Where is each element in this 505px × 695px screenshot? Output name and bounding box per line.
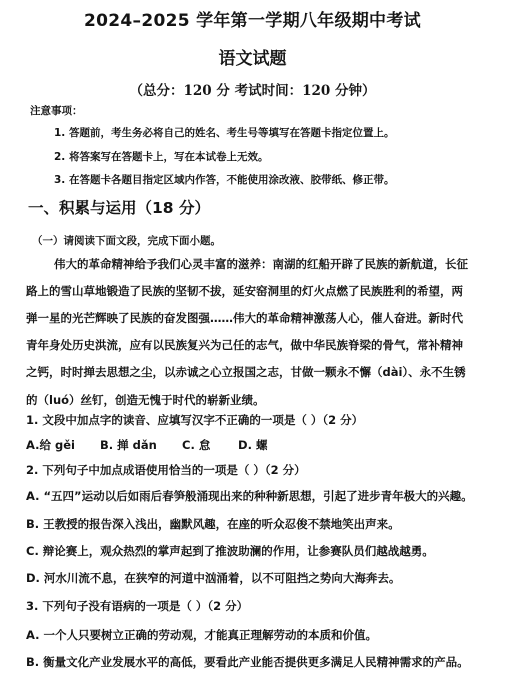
exam-subtitle: 语文试题 [0, 44, 505, 69]
option-c: C. 辩论赛上，观众热烈的掌声起到了推波助澜的作用，让参赛队员们越战越勇。 [26, 543, 434, 559]
passage-line: 青年身处历史洪流，应有以民族复兴为己任的志气，做中华民族脊梁的骨气，常补精神 [26, 337, 463, 353]
passage-line: 的（luó）丝钉，创造无愧于时代的崭新业绩。 [26, 392, 265, 408]
exam-meta: （总分：120 分 考试时间：120 分钟） [0, 79, 505, 99]
question-stem: 2. 下列句子中加点成语使用恰当的一项是（ ）（2 分） [26, 462, 306, 478]
notice-heading: 注意事项： [30, 103, 83, 118]
option-a: A. “五四”运动以后如雨后春笋般涌现出来的种种新思想，引起了进步青年极大的兴趣… [26, 488, 473, 504]
exam-title: 2024–2025 学年第一学期八年级期中考试 [0, 6, 505, 31]
option-b: B. 王教授的报告深入浅出，幽默风趣，在座的听众忍俊不禁地笑出声来。 [26, 516, 400, 532]
passage-line: 路上的雪山草地锻造了民族的坚韧不拔，延安窑洞里的灯火点燃了民族胜利的希望，两 [26, 283, 463, 299]
notice-item: 2. 将答案写在答题卡上，写在本试卷上无效。 [54, 149, 268, 164]
sub-section-heading: （一）请阅读下面文段，完成下面小题。 [32, 233, 221, 248]
option-b: B. 掸 dǎn [100, 437, 178, 453]
section-heading: 一、积累与运用（18 分） [28, 196, 210, 218]
question-stem: 3. 下列句子没有语病的一项是（ ）（2 分） [26, 598, 248, 614]
notice-item: 1. 答题前，考生务必将自己的姓名、考生号等填写在答题卡指定位置上。 [54, 125, 394, 140]
notice-item: 3. 在答题卡各题目指定区域内作答，不能使用涂改液、胶带纸、修正带。 [54, 172, 394, 187]
passage-line: 之钙，时时掸去思想之尘，以赤诚之心立报国之志，甘做一颗永不懈（dài）、永不生锈 [26, 364, 466, 380]
passage-line: 伟大的革命精神给予我们心灵丰富的滋养：南湖的红船开辟了民族的新航道，长征 [54, 256, 468, 272]
option-d: D. 河水川流不息，在狭窄的河道中汹涌着，以不可阻挡之势向大海奔去。 [26, 570, 400, 586]
question-options: A.给 gěi B. 掸 dǎn C. 怠 D. 螺 [26, 437, 267, 453]
option-b: B. 衡量文化产业发展水平的高低，要看此产业能否提供更多满足人民精神需求的产品。 [26, 654, 469, 670]
option-a: A.给 gěi [26, 437, 96, 453]
exam-page: 2024–2025 学年第一学期八年级期中考试 语文试题 （总分：120 分 考… [0, 0, 505, 695]
option-c: C. 怠 [182, 437, 234, 453]
passage-line: 弹一星的光芒辉映了民族的奋发图强……伟大的革命精神激荡人心，催人奋进。新时代 [26, 310, 463, 326]
option-d: D. 螺 [238, 437, 267, 453]
option-a: A. 一个人只要树立正确的劳动观，才能真正理解劳动的本质和价值。 [26, 627, 377, 643]
question-stem: 1. 文段中加点字的读音、应填写汉字不正确的一项是（ ）（2 分） [26, 412, 363, 428]
